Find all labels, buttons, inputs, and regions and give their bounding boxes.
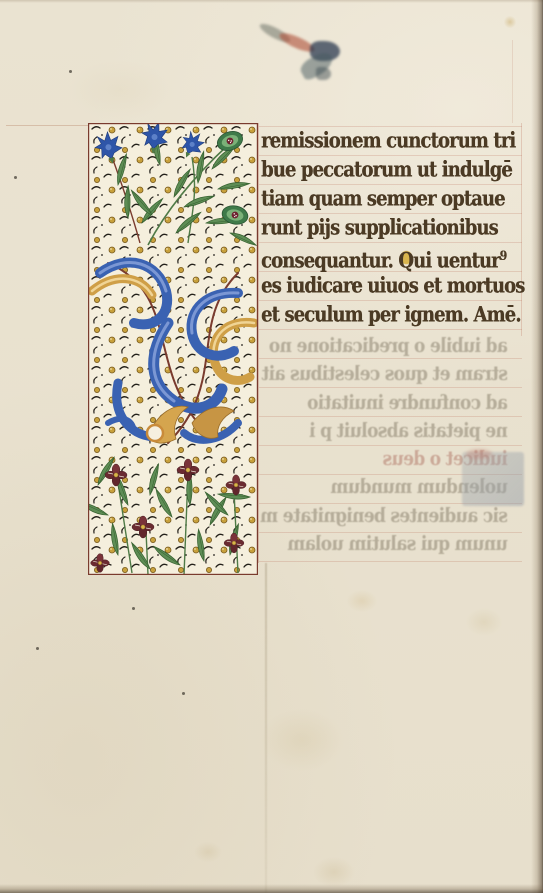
ruling-line-left-margin bbox=[6, 125, 88, 126]
text-line: et seculum per ignem. Amē. bbox=[261, 299, 497, 330]
bleedthrough-line: stram et quos celestibus ait bbox=[272, 360, 508, 389]
page-edge-bottom bbox=[0, 884, 543, 893]
text-line: tiam quam semper optaue bbox=[261, 183, 497, 214]
ruling-line-vertical-top bbox=[512, 40, 513, 123]
floral-border-panel bbox=[88, 123, 258, 575]
text-line: es iudicare uiuos et mortuos bbox=[261, 270, 497, 301]
text-line: runt pijs supplicationibus bbox=[261, 212, 497, 243]
smudge-dark-spur bbox=[316, 67, 331, 80]
text-segment: consequantur. bbox=[261, 247, 398, 272]
bleedthrough-line: unum qui salutim uolam bbox=[272, 530, 508, 559]
parchment-speck bbox=[36, 647, 39, 650]
text-line: remissionem cunctorum tri bbox=[261, 125, 497, 156]
parchment-crease bbox=[265, 563, 267, 893]
bleedthrough-line: ne pietatis absoluit p i bbox=[272, 416, 508, 445]
floral-border-illustration bbox=[88, 123, 258, 575]
latin-text-block: remissionem cunctorum tri bue peccatorum… bbox=[261, 126, 523, 329]
bleedthrough-line: ad iubile o predicatione no bbox=[272, 331, 508, 360]
text-line-with-gilt-initial: consequantur. Qui uentur9 bbox=[261, 241, 497, 272]
parchment-speck bbox=[132, 607, 135, 610]
parchment-speck bbox=[69, 70, 72, 73]
text-segment: ui uentur bbox=[413, 247, 500, 272]
us-abbreviation-mark: 9 bbox=[500, 249, 508, 264]
pigment-smudge bbox=[258, 20, 358, 78]
bleedthrough-text-block: ad iubile o predicatione no stram et quo… bbox=[259, 332, 521, 558]
gold-ring-ornament bbox=[147, 425, 163, 441]
parchment-speck bbox=[14, 176, 17, 179]
bleedthrough-initial-patch bbox=[462, 452, 524, 506]
bleedthrough-line: ad confundre inuitatio bbox=[272, 388, 508, 417]
page-edge-right bbox=[531, 0, 543, 893]
parchment-speck bbox=[182, 692, 185, 695]
text-line: bue peccatorum ut indulgē bbox=[261, 154, 497, 185]
bleedthrough-rubric-patch bbox=[466, 449, 492, 459]
page-edge-top bbox=[0, 0, 543, 3]
manuscript-page: remissionem cunctorum tri bue peccatorum… bbox=[0, 0, 543, 893]
